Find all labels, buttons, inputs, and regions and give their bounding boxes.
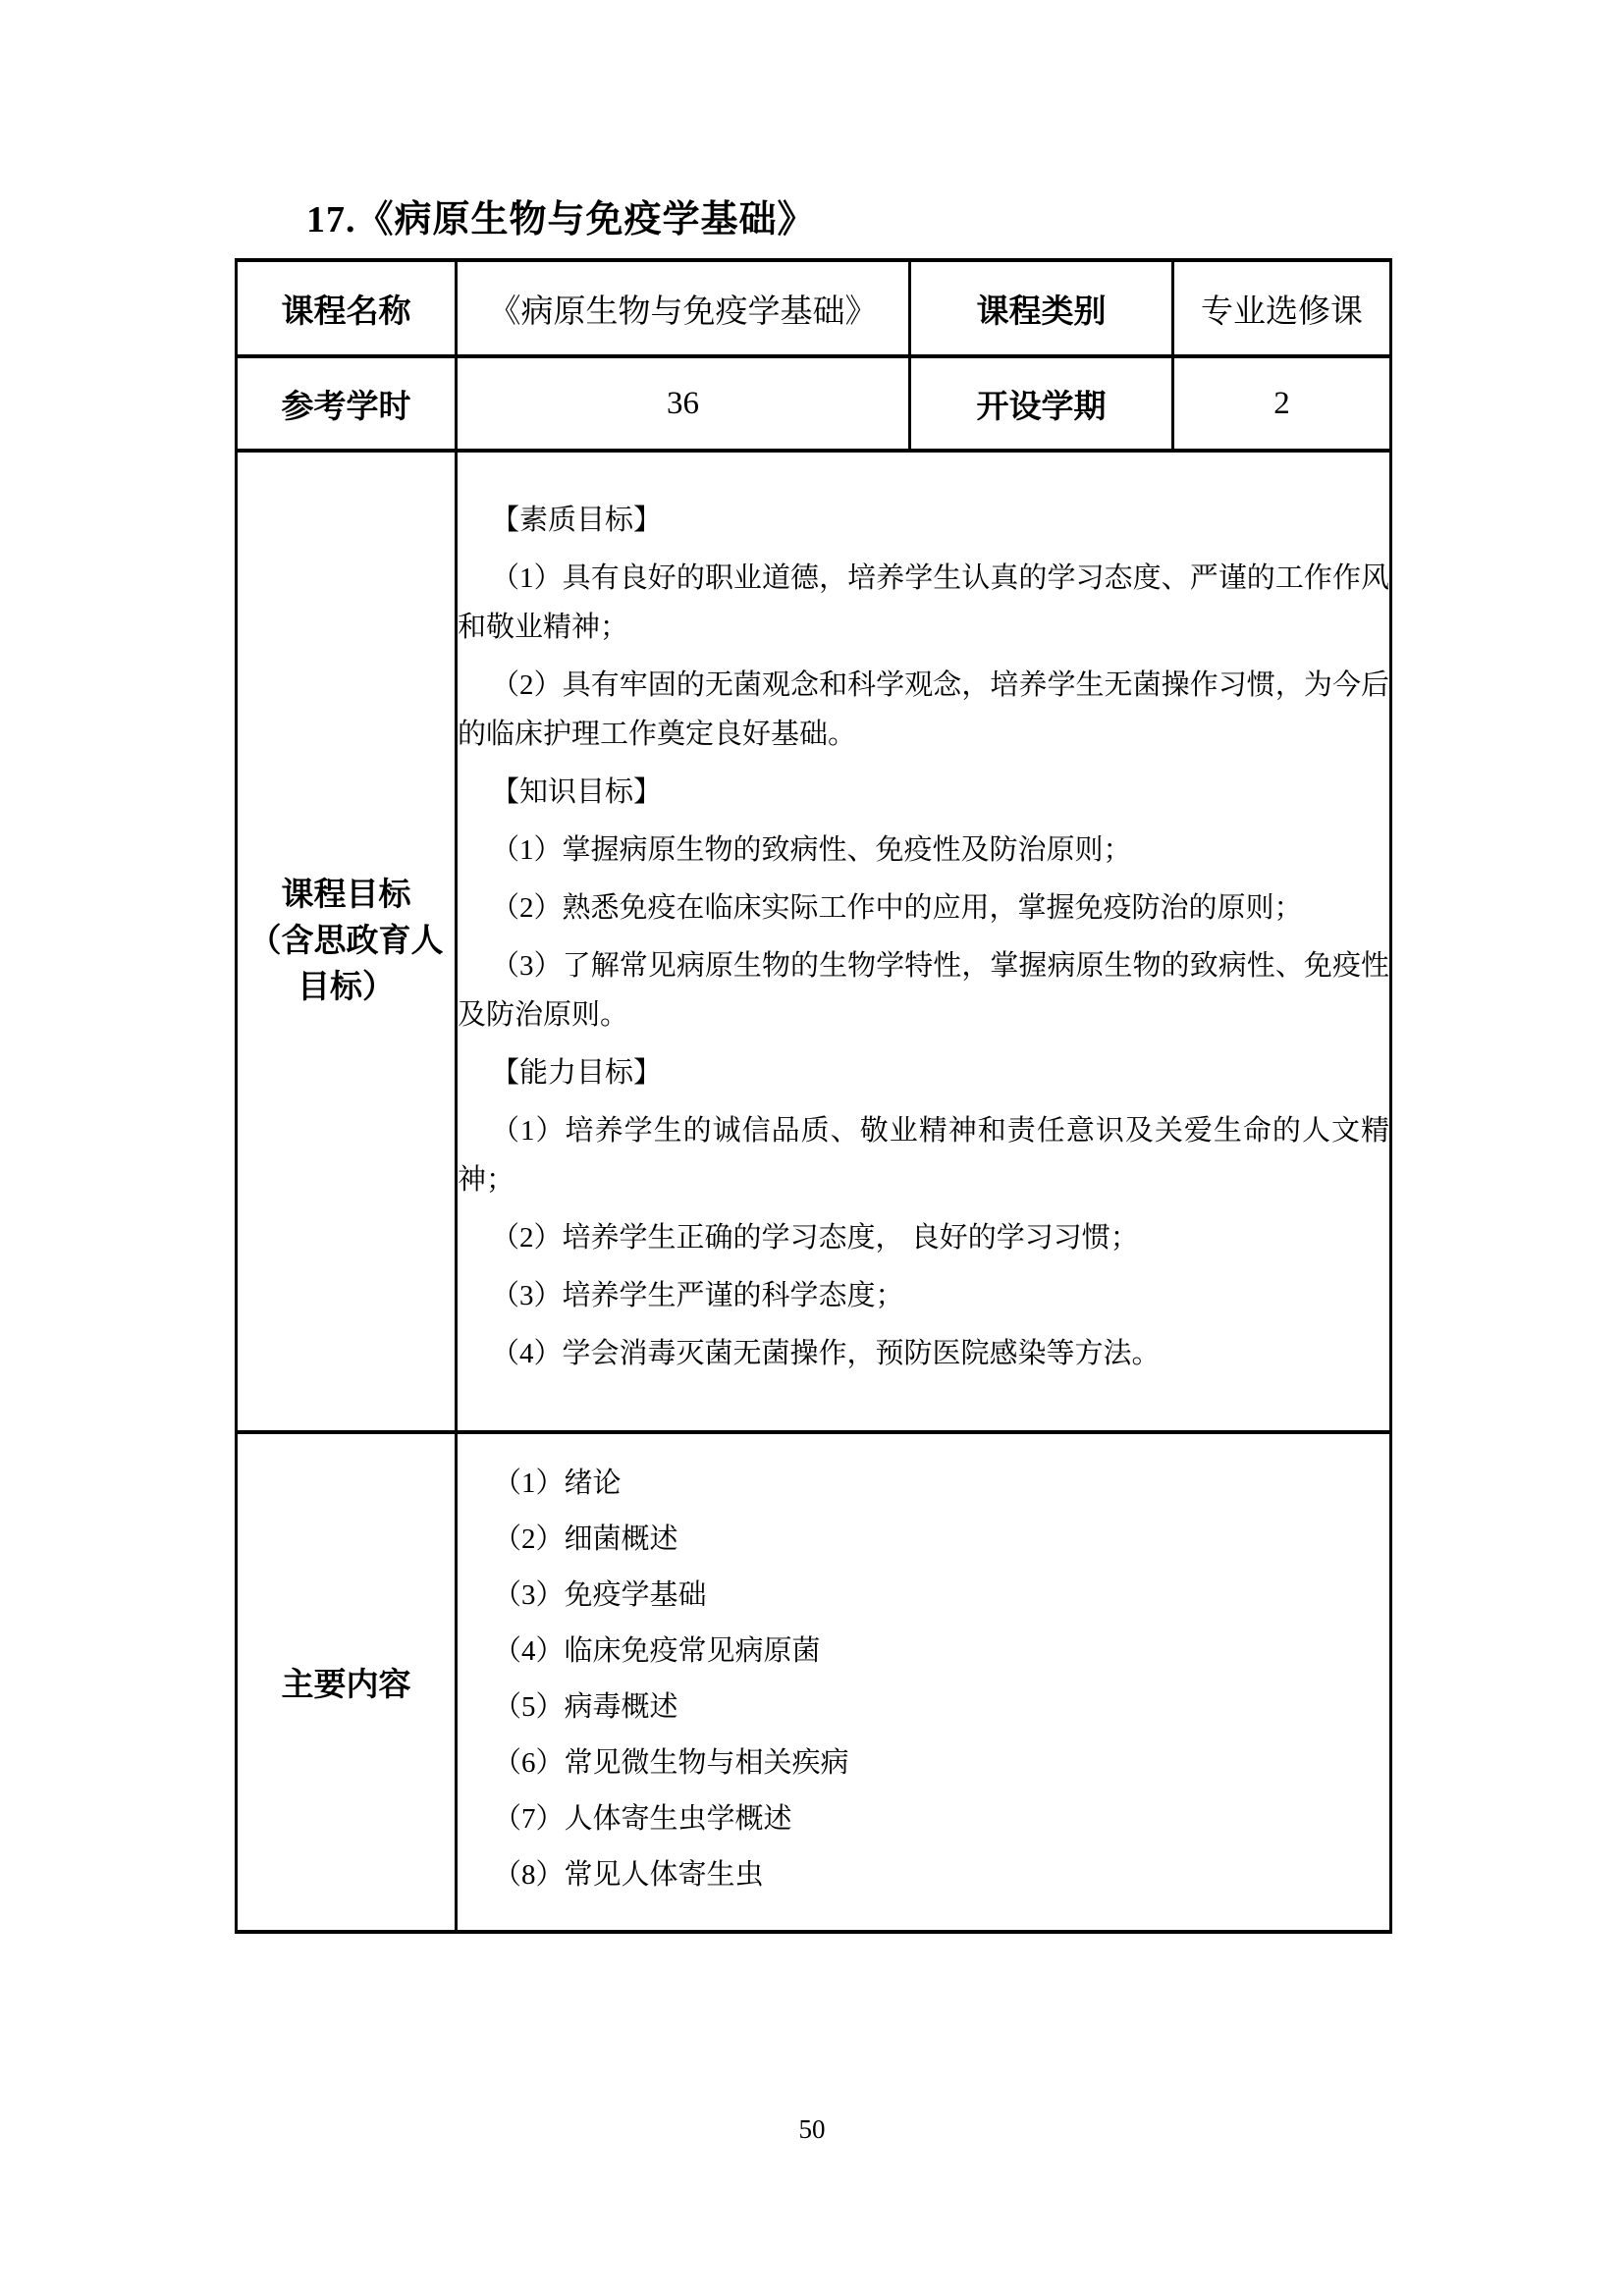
objectives-label-line: （含思政育人 xyxy=(238,919,455,965)
reference-hours-label: 参考学时 xyxy=(237,356,457,451)
objective-item: （1）培养学生的诚信品质、敬业精神和责任意识及关爱生命的人文精神； xyxy=(458,1106,1389,1204)
main-content-item: （4）临床免疫常见病原菌 xyxy=(458,1627,1389,1676)
table-row-hours: 参考学时 36 开设学期 2 xyxy=(237,356,1391,451)
objectives-label-line: 课程目标 xyxy=(238,873,455,919)
table-row-course: 课程名称 《病原生物与免疫学基础》 课程类别 专业选修课 xyxy=(237,260,1391,356)
objective-item: （2）具有牢固的无菌观念和科学观念，培养学生无菌操作习惯，为今后的临床护理工作奠… xyxy=(458,661,1389,759)
objectives-label-line: 目标） xyxy=(238,965,455,1011)
course-category-label: 课程类别 xyxy=(910,260,1173,356)
main-content-item: （7）人体寄生虫学概述 xyxy=(458,1794,1389,1843)
reference-hours-value: 36 xyxy=(457,356,910,451)
page-number: 50 xyxy=(0,2114,1624,2145)
main-content-item: （5）病毒概述 xyxy=(458,1682,1389,1732)
course-objectives-label: 课程目标 （含思政育人 目标） xyxy=(237,451,457,1432)
main-content-item: （1）绪论 xyxy=(458,1459,1389,1508)
main-content-item: （2）细菌概述 xyxy=(458,1515,1389,1564)
main-content-list: （1）绪论 （2）细菌概述 （3）免疫学基础 （4）临床免疫常见病原菌 （5）病… xyxy=(457,1432,1391,1932)
table-row-objectives: 课程目标 （含思政育人 目标） 【素质目标】 （1）具有良好的职业道德，培养学生… xyxy=(237,451,1391,1432)
objective-item: （2）培养学生正确的学习态度， 良好的学习习惯； xyxy=(458,1213,1389,1262)
main-content-item: （6）常见微生物与相关疾病 xyxy=(458,1738,1389,1788)
document-page: 17.《病原生物与免疫学基础》 课程名称 《病原生物与免疫学基础》 课程类别 专… xyxy=(0,0,1624,2296)
objective-item: （1）掌握病原生物的致病性、免疫性及防治原则； xyxy=(458,826,1389,875)
course-name-value: 《病原生物与免疫学基础》 xyxy=(457,260,910,356)
objective-item: （1）具有良好的职业道德，培养学生认真的学习态度、严谨的工作作风和敬业精神； xyxy=(458,554,1389,652)
table-row-main-content: 主要内容 （1）绪论 （2）细菌概述 （3）免疫学基础 （4）临床免疫常见病原菌… xyxy=(237,1432,1391,1932)
semester-label: 开设学期 xyxy=(910,356,1173,451)
course-name-label: 课程名称 xyxy=(237,260,457,356)
objective-item: （4）学会消毒灭菌无菌操作，预防医院感染等方法。 xyxy=(458,1329,1389,1378)
objective-item: （2）熟悉免疫在临床实际工作中的应用，掌握免疫防治的原则； xyxy=(458,883,1389,933)
course-info-table: 课程名称 《病原生物与免疫学基础》 课程类别 专业选修课 参考学时 36 开设学… xyxy=(235,258,1392,1934)
main-content-item: （3）免疫学基础 xyxy=(458,1571,1389,1620)
course-objectives-content: 【素质目标】 （1）具有良好的职业道德，培养学生认真的学习态度、严谨的工作作风和… xyxy=(457,451,1391,1432)
objectives-heading-nengli: 【能力目标】 xyxy=(458,1048,1389,1097)
objectives-heading-zhishi: 【知识目标】 xyxy=(458,768,1389,817)
section-title: 17.《病原生物与免疫学基础》 xyxy=(306,188,816,242)
objectives-heading-suzhi: 【素质目标】 xyxy=(458,496,1389,545)
course-category-value: 专业选修课 xyxy=(1173,260,1391,356)
semester-value: 2 xyxy=(1173,356,1391,451)
main-content-label: 主要内容 xyxy=(237,1432,457,1932)
objective-item: （3）了解常见病原生物的生物学特性，掌握病原生物的致病性、免疫性及防治原则。 xyxy=(458,941,1389,1040)
objective-item: （3）培养学生严谨的科学态度； xyxy=(458,1271,1389,1320)
main-content-item: （8）常见人体寄生虫 xyxy=(458,1850,1389,1899)
